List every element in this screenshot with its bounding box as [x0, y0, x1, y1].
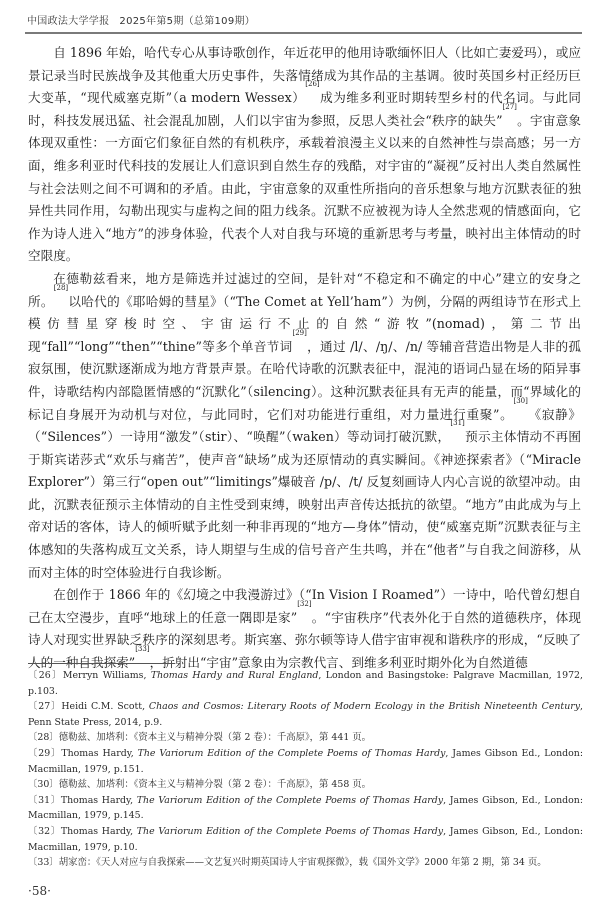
journal-name: 中国政法大学学报: [27, 16, 109, 27]
page-number: ·58·: [28, 884, 51, 898]
body-paragraph: 自 1896 年始，哈代专心从事诗歌创作，年近花甲的他用诗歌缅怀旧人（比如亡妻爱…: [28, 42, 581, 268]
footnote-number: 〔28〕: [28, 732, 59, 743]
work-title: Thomas Hardy and Rural England: [151, 670, 319, 681]
footnote: 〔29〕Thomas Hardy, The Variorum Edition o…: [28, 746, 583, 777]
footnote: 〔33〕胡家峦：《天人对应与自我探索——文艺复兴时期英国诗人宇宙观探微》，载《国…: [28, 855, 583, 871]
body-paragraph: 在创作于 1866 年的《幻境之中我漫游过》（“In Vision I Roam…: [28, 584, 581, 674]
running-header: 中国政法大学学报2025年第5期（总第109期）: [27, 12, 255, 27]
issue-info: 2025年第5期（总第109期）: [119, 16, 255, 27]
footnote-number: 〔32〕: [28, 826, 61, 837]
footnote: 〔26〕Merryn Williams, Thomas Hardy and Ru…: [28, 668, 583, 699]
citation-marker[interactable]: [27]: [503, 103, 517, 111]
citation-marker[interactable]: [28]: [54, 284, 68, 292]
citation-marker[interactable]: [30]: [513, 397, 527, 405]
footnotes: 〔26〕Merryn Williams, Thomas Hardy and Ru…: [28, 668, 583, 871]
footnote: 〔30〕德勒兹、加塔利：《资本主义与精神分裂（第 2 卷）：千高原》，第 458…: [28, 777, 583, 793]
work-title: Chaos and Cosmos: Literary Roots of Mode…: [149, 701, 580, 712]
citation-marker[interactable]: [29]: [292, 329, 306, 337]
citation-marker[interactable]: [31]: [450, 419, 464, 427]
footnote-number: 〔31〕: [28, 795, 61, 806]
work-title: The Variorum Edition of the Complete Poe…: [138, 748, 446, 759]
footnote-divider: [28, 663, 175, 664]
footnote: 〔28〕德勒兹、加塔利：《资本主义与精神分裂（第 2 卷）：千高原》，第 441…: [28, 730, 583, 746]
header-divider: [25, 32, 582, 34]
footnote-number: 〔29〕: [28, 748, 61, 759]
citation-marker[interactable]: [26]: [305, 80, 319, 88]
footnote-number: 〔26〕: [28, 670, 63, 681]
footnote: 〔27〕Heidi C.M. Scott, Chaos and Cosmos: …: [28, 699, 583, 730]
article-body: 自 1896 年始，哈代专心从事诗歌创作，年近花甲的他用诗歌缅怀旧人（比如亡妻爱…: [28, 42, 581, 675]
footnote-number: 〔27〕: [28, 701, 61, 712]
citation-marker[interactable]: [33]: [135, 645, 149, 653]
footnote: 〔31〕Thomas Hardy, The Variorum Edition o…: [28, 793, 583, 824]
body-paragraph: 在德勒兹看来，地方是筛选并过滤过的空间，是针对“不稳定和不确定的中心”建立的安身…: [28, 268, 581, 584]
footnote-number: 〔30〕: [28, 779, 59, 790]
work-title: The Variorum Edition of the Complete Poe…: [137, 795, 443, 806]
citation-marker[interactable]: [32]: [297, 600, 311, 608]
footnote-number: 〔33〕: [28, 857, 59, 868]
work-title: The Variorum Edition of the Complete Poe…: [137, 826, 443, 837]
footnote: 〔32〕Thomas Hardy, The Variorum Edition o…: [28, 824, 583, 855]
